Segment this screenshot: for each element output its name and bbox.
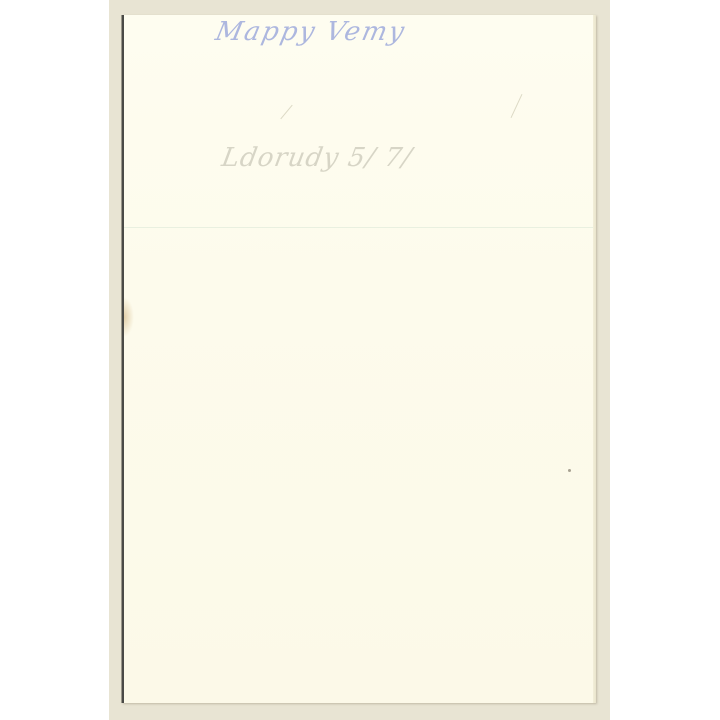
photo-card-back: Mappy Vemy Ldorudy 5/ 7/ <box>122 15 596 703</box>
faint-crease-line <box>124 227 596 228</box>
pencil-stroke <box>280 105 292 119</box>
handwritten-note-top: Mappy Vemy <box>213 17 409 47</box>
handwritten-note-faint: Ldorudy 5/ 7/ <box>219 143 414 173</box>
pencil-stroke <box>511 94 523 118</box>
dust-speck <box>568 469 571 472</box>
edge-stain <box>124 297 134 337</box>
